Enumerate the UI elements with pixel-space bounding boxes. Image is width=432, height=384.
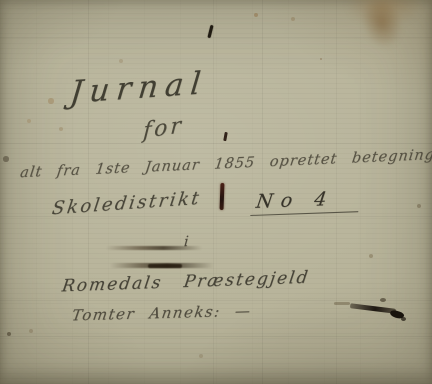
paper-speckles — [0, 0, 2, 2]
paper-crease-texture — [0, 0, 432, 384]
document-photo: Jurnal for alt fra 1ste Januar 1855 opre… — [0, 0, 432, 384]
stain-top-right — [345, 0, 429, 56]
ink-blot-faint — [334, 302, 350, 305]
ink-smudge-core — [148, 264, 182, 268]
handwritten-district-number: No 4 — [250, 187, 362, 216]
ink-blot-dot-upper — [380, 298, 386, 302]
ink-blot-dot-lower — [401, 317, 406, 321]
